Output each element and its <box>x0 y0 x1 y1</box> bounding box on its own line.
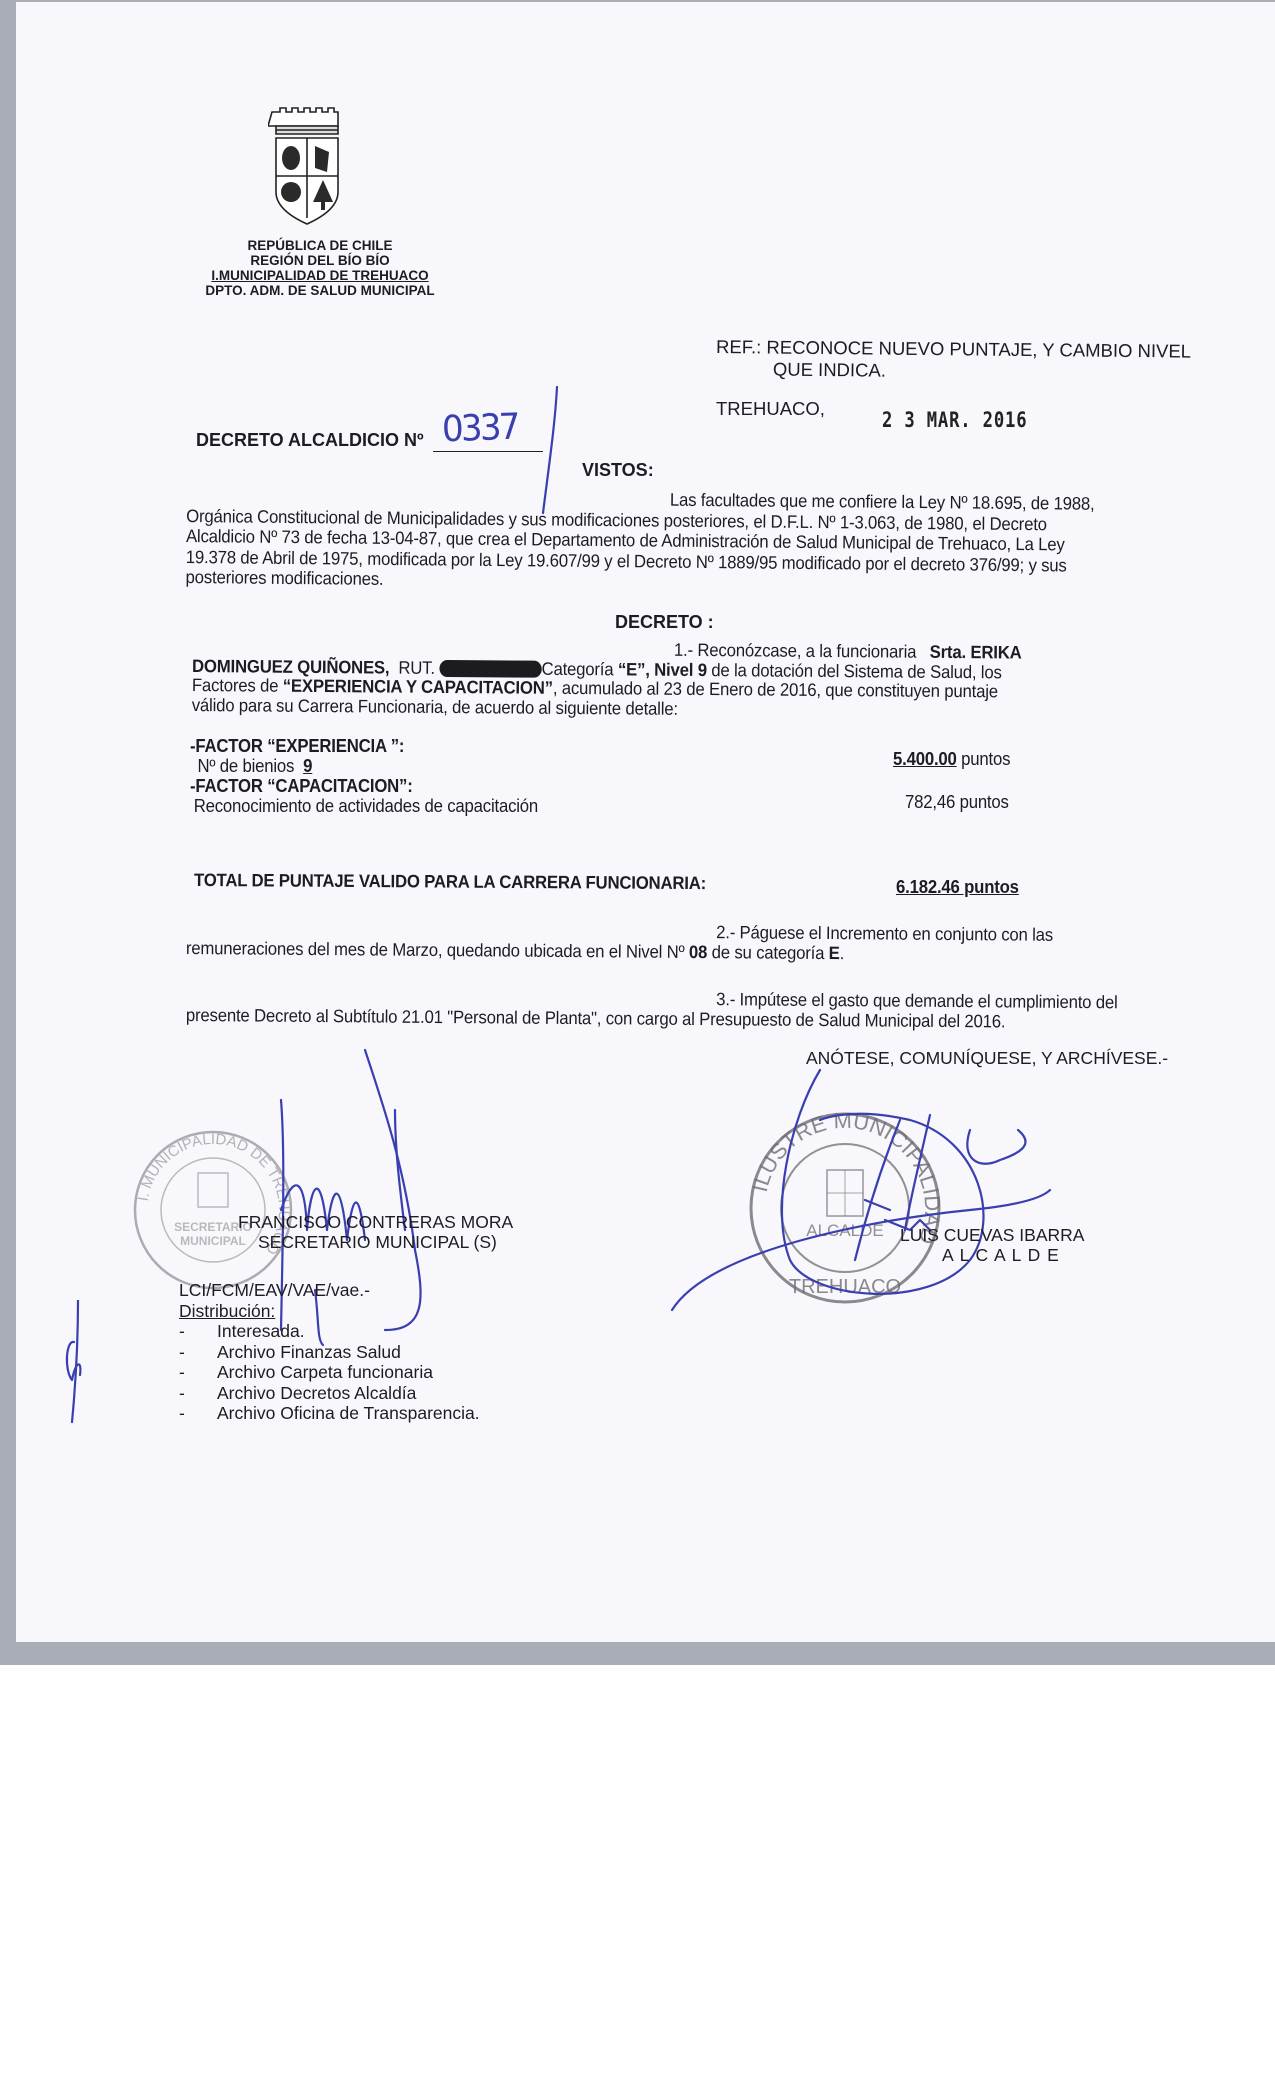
training-points: 782,46 puntos <box>905 792 1009 813</box>
bullet-dash: - <box>179 1383 185 1404</box>
distribution-item: -Archivo Carpeta funcionaria <box>179 1362 480 1383</box>
ref-line-2: QUE INDICA. <box>716 358 1191 385</box>
experience-points: 5.400.00 puntos <box>893 749 1010 770</box>
mayor-title: A L C A L D E <box>900 1245 1084 1265</box>
decree-number-underline <box>433 451 543 452</box>
ref-label: REF.: <box>716 336 761 357</box>
training-points-unit: puntos <box>960 792 1009 812</box>
factor-experience-title: -FACTOR “EXPERIENCIA ”: <box>190 736 538 756</box>
category-value: “E”, Nivel 9 <box>618 659 707 680</box>
mayor-signature <box>670 1060 1090 1320</box>
distribution-item-label: Archivo Oficina de Transparencia. <box>217 1403 480 1423</box>
vistos-heading: VISTOS: <box>582 460 654 481</box>
rut-redaction <box>439 660 541 678</box>
distribution-list: -Interesada. -Archivo Finanzas Salud -Ar… <box>179 1321 480 1424</box>
ref-line-1: RECONOCE NUEVO PUNTAJE, Y CAMBIO NIVEL <box>766 336 1191 361</box>
margin-initial-mark <box>60 1300 100 1430</box>
decree-number-label: DECRETO ALCALDICIO Nº <box>196 430 424 451</box>
employee-first-name: Srta. ERIKA <box>930 642 1022 663</box>
experience-points-value: 5.400.00 <box>893 749 957 769</box>
factor-list: -FACTOR “EXPERIENCIA ”: Nº de bienios 9 … <box>190 736 538 816</box>
distribution-label: Distribución: <box>179 1301 480 1322</box>
distribution-item: -Archivo Finanzas Salud <box>179 1342 480 1363</box>
reference-block: REF.: RECONOCE NUEVO PUNTAJE, Y CAMBIO N… <box>716 336 1191 385</box>
item-2-text: remuneraciones del mes de Marzo, quedand… <box>186 938 689 962</box>
issuer-line-country: REPÚBLICA DE CHILE <box>160 238 480 253</box>
issuer-line-department: DPTO. ADM. DE SALUD MUNICIPAL <box>160 283 480 298</box>
training-detail: Reconocimiento de actividades de capacit… <box>190 796 538 816</box>
training-points-value: 782,46 <box>905 792 955 812</box>
decreto-heading: DECRETO : <box>615 612 714 633</box>
issuer-line-region: REGIÓN DEL BÍO BÍO <box>160 253 480 268</box>
item-1-lead: 1.- Reconózcase, a la funcionaria <box>674 640 916 662</box>
bullet-dash: - <box>179 1321 185 1342</box>
decree-number-handwritten: 0337 <box>441 407 518 451</box>
initials-reference: LCI/FCM/EAV/VAE/vae.- <box>179 1280 480 1301</box>
bullet-dash: - <box>179 1403 185 1424</box>
decreto-item-2: 2.- Páguese el Incremento en conjunto co… <box>186 918 1053 965</box>
distribution-item: -Archivo Decretos Alcaldía <box>179 1383 480 1404</box>
item-2-period: . <box>840 943 845 963</box>
issuer-block: REPÚBLICA DE CHILE REGIÓN DEL BÍO BÍO I.… <box>160 238 480 298</box>
place-label: TREHUACO, <box>716 398 825 420</box>
bienios-value: 9 <box>303 756 312 776</box>
category-letter: E <box>829 943 840 963</box>
decreto-item-1: 1.- Reconózcase, a la funcionaria Srta. … <box>192 637 1022 722</box>
bullet-dash: - <box>179 1362 185 1383</box>
decreto-item-3: 3.- Impútese el gasto que demande el cum… <box>186 985 1118 1032</box>
secretary-title: SECRETARIO MUNICIPAL (S) <box>238 1232 513 1252</box>
employee-surname: DOMINGUEZ QUIÑONES, <box>192 656 390 678</box>
issuer-line-municipality: I.MUNICIPALIDAD DE TREHUACO <box>160 268 480 283</box>
distribution-item-label: Interesada. <box>217 1321 305 1341</box>
secretary-name: FRANCISCO CONTRERAS MORA <box>238 1212 513 1232</box>
factor-training-title: -FACTOR “CAPACITACION”: <box>190 776 538 796</box>
rut-label: RUT. <box>398 657 435 677</box>
new-level-value: 08 <box>689 942 707 962</box>
item-2-text-mid: de su categoría <box>707 942 829 963</box>
distribution-item-label: Archivo Finanzas Salud <box>217 1342 401 1362</box>
bienios-label: Nº de bienios <box>197 756 294 776</box>
distribution-item-label: Archivo Decretos Alcaldía <box>217 1383 416 1403</box>
mayor-signature-block: LUIS CUEVAS IBARRA A L C A L D E <box>900 1225 1084 1265</box>
date-stamp: 2 3 MAR. 2016 <box>882 408 1027 432</box>
distribution-item-label: Archivo Carpeta funcionaria <box>217 1362 433 1382</box>
distribution-item: -Archivo Oficina de Transparencia. <box>179 1403 480 1424</box>
vistos-paragraph: Las facultades que me confiere la Ley Nº… <box>186 485 1095 596</box>
factors-value: “EXPERIENCIA Y CAPACITACION” <box>283 676 553 698</box>
total-value: 6.182.46 puntos <box>896 877 1019 898</box>
coat-of-arms-icon <box>268 106 346 232</box>
mayor-name: LUIS CUEVAS IBARRA <box>900 1225 1084 1245</box>
factors-prefix: Factores de <box>192 675 283 696</box>
secretary-signature-block: FRANCISCO CONTRERAS MORA SECRETARIO MUNI… <box>238 1212 513 1252</box>
svg-text:MUNICIPAL: MUNICIPAL <box>180 1234 246 1248</box>
category-prefix: Categoría <box>542 658 618 679</box>
bullet-dash: - <box>179 1342 185 1363</box>
experience-points-unit: puntos <box>961 749 1010 769</box>
footer-block: LCI/FCM/EAV/VAE/vae.- Distribución: -Int… <box>179 1280 480 1424</box>
distribution-item: -Interesada. <box>179 1321 480 1342</box>
total-label: TOTAL DE PUNTAJE VALIDO PARA LA CARRERA … <box>194 870 706 894</box>
